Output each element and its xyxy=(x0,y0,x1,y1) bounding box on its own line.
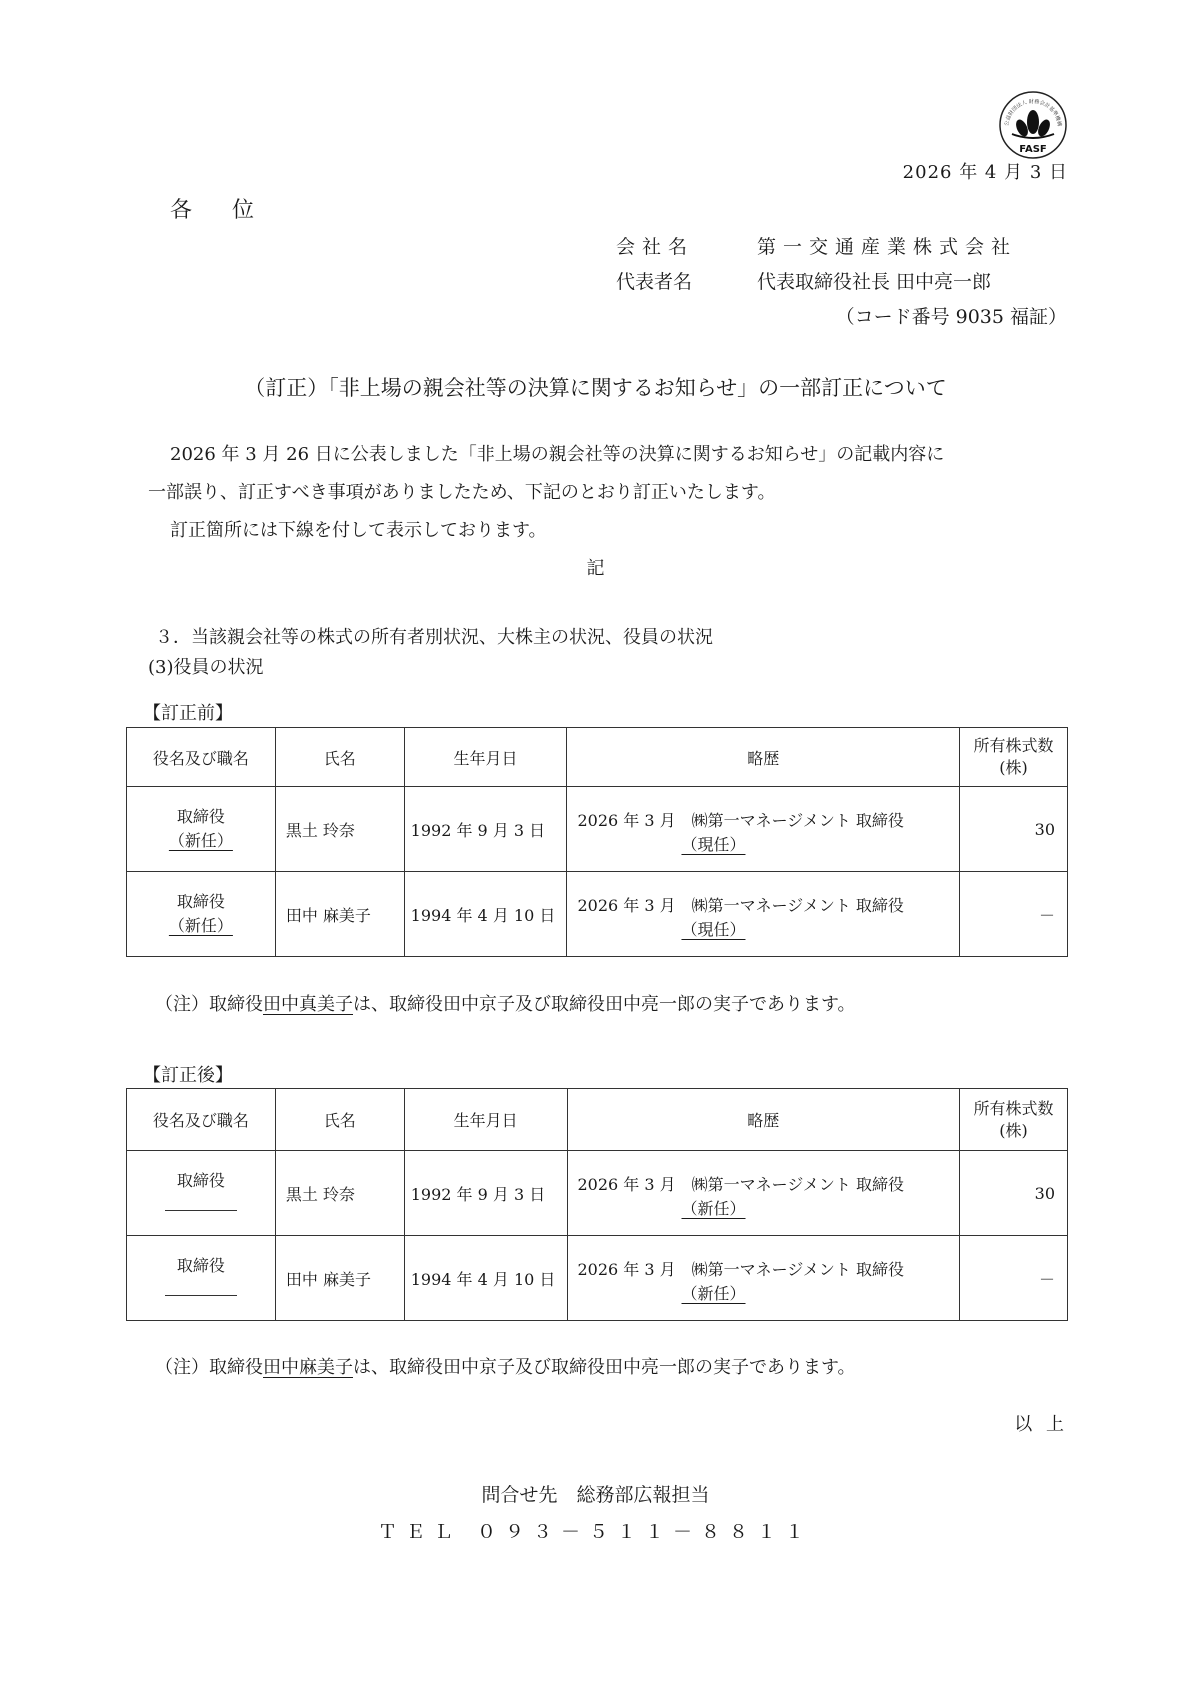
cell-role: 取締役 （新任） xyxy=(127,872,276,957)
closing-mark: 以 上 xyxy=(1014,1410,1068,1440)
cell-shares: － xyxy=(960,872,1068,957)
addressee-char-2: 位 xyxy=(232,198,254,223)
before-correction-label: 【訂正前】 xyxy=(143,699,233,729)
body-line-2: 一部誤り、訂正すべき事項がありましたため、下記のとおり訂正いたします。 xyxy=(148,478,775,508)
header-shares-line1: 所有株式数 xyxy=(960,1098,1067,1120)
role-status-underlined: （新任） xyxy=(169,914,233,938)
header-career: 略歴 xyxy=(567,1089,960,1151)
table-header-row: 役名及び職名 氏名 生年月日 略歴 所有株式数 (株) xyxy=(127,1089,1068,1151)
header-career: 略歴 xyxy=(567,728,960,787)
cell-birth: 1992 年 9 月 3 日 xyxy=(404,787,567,872)
cell-birth: 1994 年 4 月 10 日 xyxy=(404,872,567,957)
before-table: 役名及び職名 氏名 生年月日 略歴 所有株式数 (株) 取締役 （新任） 黒土 … xyxy=(126,727,1068,957)
career-status-underlined: （新任） xyxy=(682,1197,746,1221)
representative-name: 代表取締役社長 田中亮一郎 xyxy=(757,267,991,294)
cell-name: 黒土 玲奈 xyxy=(275,1151,404,1236)
header-role: 役名及び職名 xyxy=(127,728,276,787)
cell-birth: 1992 年 9 月 3 日 xyxy=(404,1151,567,1236)
cell-career: 2026 年 3 月 ㈱第一マネージメント 取締役 （新任） xyxy=(567,1236,960,1321)
header-shares: 所有株式数 (株) xyxy=(960,728,1068,787)
note-suffix: は、取締役田中京子及び取締役田中亮一郎の実子であります。 xyxy=(353,1357,856,1378)
career-text: 2026 年 3 月 ㈱第一マネージメント 取締役 xyxy=(577,894,959,918)
header-shares-line2: (株) xyxy=(960,757,1067,779)
representative-label: 代表者名 xyxy=(616,267,692,294)
header-birth: 生年月日 xyxy=(404,1089,567,1151)
table-row: 取締役 田中 麻美子 1994 年 4 月 10 日 2026 年 3 月 ㈱第… xyxy=(127,1236,1068,1321)
cell-role: 取締役 xyxy=(127,1236,276,1321)
cell-role: 取締役 xyxy=(127,1151,276,1236)
section-heading: ３．当該親会社等の株式の所有者別状況、大株主の状況、役員の状況 xyxy=(155,623,713,653)
header-shares-line1: 所有株式数 xyxy=(960,735,1067,757)
addressee: 各位 xyxy=(170,193,254,224)
role-status-blank-underline xyxy=(165,1193,237,1211)
table-row: 取締役 （新任） 田中 麻美子 1994 年 4 月 10 日 2026 年 3… xyxy=(127,872,1068,957)
career-text: 2026 年 3 月 ㈱第一マネージメント 取締役 xyxy=(578,1258,960,1282)
header-role: 役名及び職名 xyxy=(127,1089,276,1151)
addressee-char-1: 各 xyxy=(170,198,192,223)
cell-birth: 1994 年 4 月 10 日 xyxy=(404,1236,567,1321)
sender-company-row: 会社名 第一交通産業株式会社 xyxy=(0,232,1191,258)
note-prefix: （注）取締役 xyxy=(155,1357,263,1378)
table-header-row: 役名及び職名 氏名 生年月日 略歴 所有株式数 (株) xyxy=(127,728,1068,787)
role-title: 取締役 xyxy=(127,890,275,914)
cell-shares: 30 xyxy=(960,1151,1068,1236)
before-note: （注）取締役田中真美子は、取締役田中京子及び取締役田中亮一郎の実子であります。 xyxy=(155,990,856,1016)
cell-role: 取締役 （新任） xyxy=(127,787,276,872)
contact-telephone: ＴＥＬ ０９３－５１１－８８１１ xyxy=(0,1517,1191,1544)
body-line-3: 訂正箇所には下線を付して表示しております。 xyxy=(170,516,547,546)
cell-career: 2026 年 3 月 ㈱第一マネージメント 取締役 （現任） xyxy=(567,872,960,957)
table-row: 取締役 黒土 玲奈 1992 年 9 月 3 日 2026 年 3 月 ㈱第一マ… xyxy=(127,1151,1068,1236)
svg-text:FASF: FASF xyxy=(1019,144,1046,155)
role-title: 取締役 xyxy=(127,1254,275,1278)
header-birth: 生年月日 xyxy=(404,728,567,787)
note-suffix: は、取締役田中京子及び取締役田中亮一郎の実子であります。 xyxy=(353,994,856,1015)
company-label: 会社名 xyxy=(616,232,694,259)
career-status-underlined: （現任） xyxy=(681,833,745,857)
header-shares: 所有株式数 (株) xyxy=(960,1089,1068,1151)
after-correction-label: 【訂正後】 xyxy=(143,1061,233,1091)
cell-shares: 30 xyxy=(960,787,1068,872)
cell-name: 田中 麻美子 xyxy=(275,1236,404,1321)
fasf-logo-icon: 公益財団法人 財務会計基準機構 会員 FASF xyxy=(998,90,1068,160)
role-status-underlined: （新任） xyxy=(169,829,233,853)
header-name: 氏名 xyxy=(275,1089,404,1151)
body-line-1: 2026 年 3 月 26 日に公表しました「非上場の親会社等の決算に関するお知… xyxy=(170,440,944,470)
after-table: 役名及び職名 氏名 生年月日 略歴 所有株式数 (株) 取締役 黒土 玲奈 19… xyxy=(126,1088,1068,1321)
cell-career: 2026 年 3 月 ㈱第一マネージメント 取締役 （現任） xyxy=(567,787,960,872)
role-title: 取締役 xyxy=(127,1169,275,1193)
section-subheading: (3)役員の状況 xyxy=(148,653,264,683)
role-status-blank-underline xyxy=(165,1278,237,1296)
document-date: 2026 年 4 月 3 日 xyxy=(903,158,1068,184)
career-status-underlined: （新任） xyxy=(682,1282,746,1306)
cell-shares: － xyxy=(960,1236,1068,1321)
career-status-underlined: （現任） xyxy=(681,918,745,942)
career-text: 2026 年 3 月 ㈱第一マネージメント 取締役 xyxy=(578,1173,960,1197)
note-prefix: （注）取締役 xyxy=(155,994,263,1015)
note-underlined-name: 田中真美子 xyxy=(263,994,353,1015)
sender-representative-row: 代表者名 代表取締役社長 田中亮一郎 xyxy=(0,267,1191,293)
career-text: 2026 年 3 月 ㈱第一マネージメント 取締役 xyxy=(577,809,959,833)
table-row: 取締役 （新任） 黒土 玲奈 1992 年 9 月 3 日 2026 年 3 月… xyxy=(127,787,1068,872)
company-name: 第一交通産業株式会社 xyxy=(757,232,1017,259)
role-title: 取締役 xyxy=(127,805,275,829)
note-underlined-name: 田中麻美子 xyxy=(263,1357,353,1378)
stock-code: （コード番号 9035 福証） xyxy=(836,302,1067,329)
cell-name: 田中 麻美子 xyxy=(275,872,404,957)
cell-name: 黒土 玲奈 xyxy=(275,787,404,872)
document-title: （訂正）「非上場の親会社等の決算に関するお知らせ」の一部訂正について xyxy=(0,372,1191,402)
ki-marker: 記 xyxy=(0,554,1191,584)
contact-department: 問合せ先 総務部広報担当 xyxy=(0,1480,1191,1507)
after-note: （注）取締役田中麻美子は、取締役田中京子及び取締役田中亮一郎の実子であります。 xyxy=(155,1353,856,1379)
cell-career: 2026 年 3 月 ㈱第一マネージメント 取締役 （新任） xyxy=(567,1151,960,1236)
header-shares-line2: (株) xyxy=(960,1120,1067,1142)
fasf-logo: 公益財団法人 財務会計基準機構 会員 FASF xyxy=(998,90,1068,160)
header-name: 氏名 xyxy=(275,728,404,787)
